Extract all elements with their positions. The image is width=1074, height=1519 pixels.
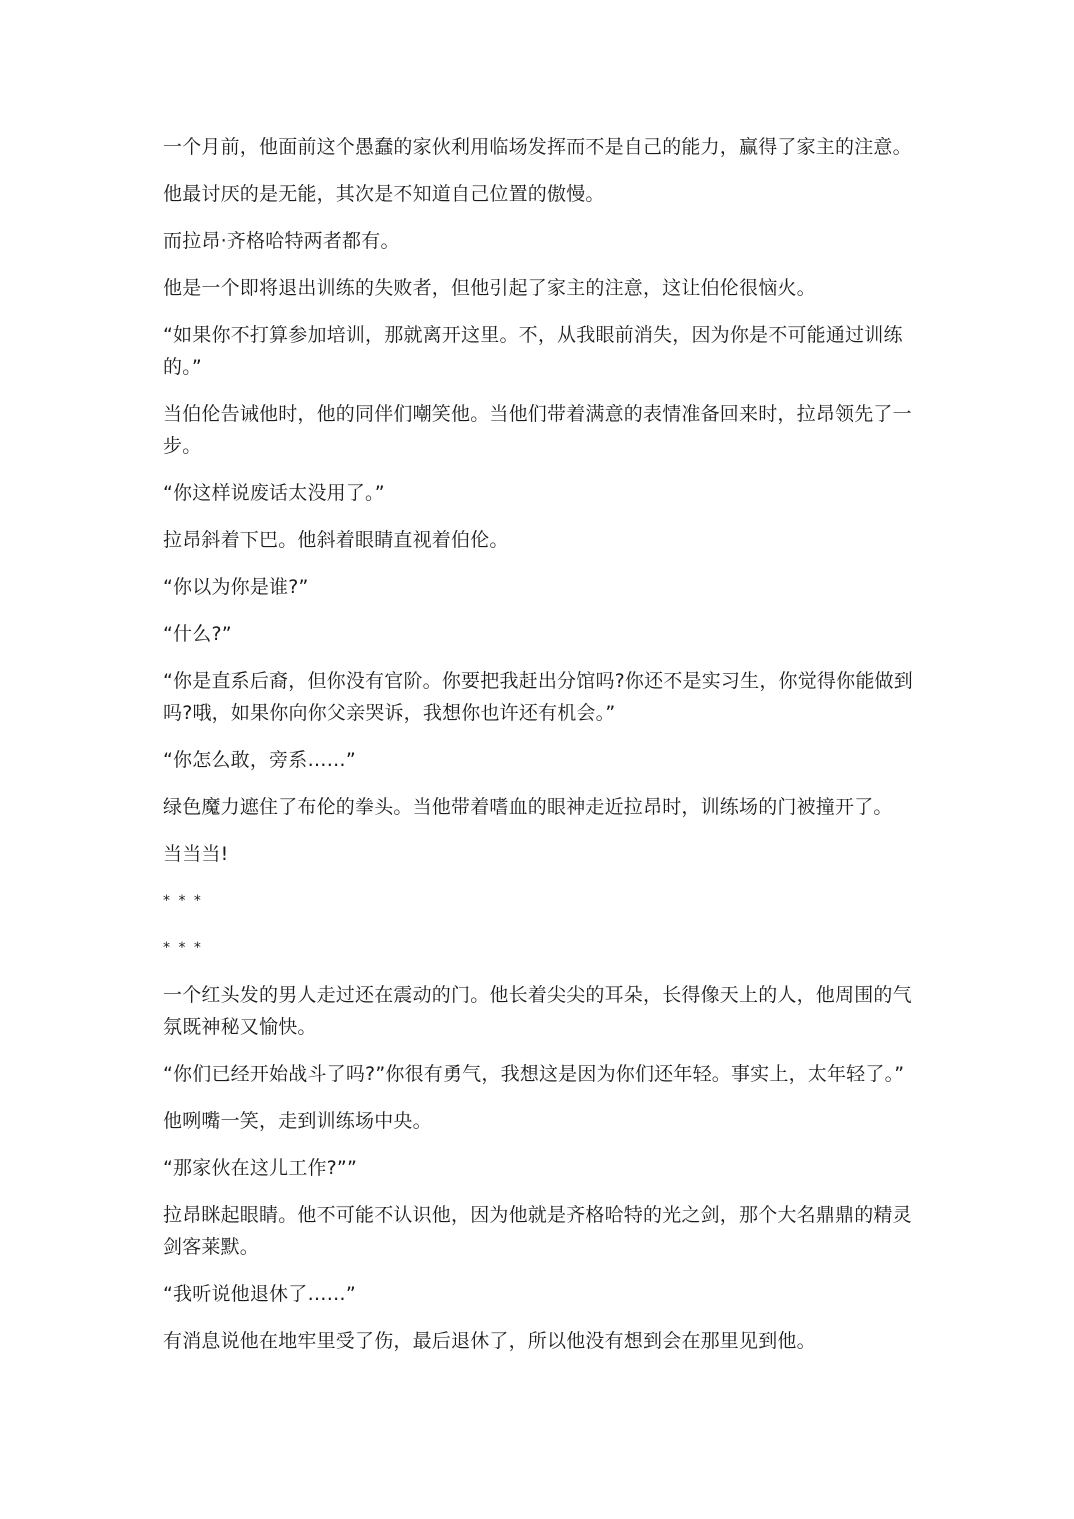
paragraph: 当伯伦告诫他时，他的同伴们嘲笑他。当他们带着满意的表情准备回来时，拉昂领先了一步… (163, 398, 915, 462)
paragraph: 他最讨厌的是无能，其次是不知道自己位置的傲慢。 (163, 178, 915, 210)
paragraph: 而拉昂·齐格哈特两者都有。 (163, 225, 915, 257)
paragraph: “你是直系后裔，但你没有官阶。你要把我赶出分馆吗?你还不是实习生，你觉得你能做到… (163, 665, 915, 729)
paragraph: 当当当! (163, 838, 915, 870)
paragraph: 一个红头发的男人走过还在震动的门。他长着尖尖的耳朵，长得像天上的人，他周围的气氛… (163, 979, 915, 1043)
scene-separator: * * * (163, 932, 915, 964)
scene-separator: * * * (163, 885, 915, 917)
paragraph: 他咧嘴一笑，走到训练场中央。 (163, 1105, 915, 1137)
paragraph: 他是一个即将退出训练的失败者，但他引起了家主的注意，这让伯伦很恼火。 (163, 272, 915, 304)
document-body: 一个月前，他面前这个愚蠢的家伙利用临场发挥而不是自己的能力，赢得了家主的注意。 … (163, 131, 915, 1372)
paragraph: “我听说他退休了……” (163, 1278, 915, 1310)
paragraph: 拉昂眯起眼睛。他不可能不认识他，因为他就是齐格哈特的光之剑，那个大名鼎鼎的精灵剑… (163, 1199, 915, 1263)
paragraph: “什么?” (163, 618, 915, 650)
paragraph: “你以为你是谁?” (163, 571, 915, 603)
paragraph: “你怎么敢，旁系……” (163, 744, 915, 776)
paragraph: 拉昂斜着下巴。他斜着眼睛直视着伯伦。 (163, 524, 915, 556)
paragraph: 绿色魔力遮住了布伦的拳头。当他带着嗜血的眼神走近拉昂时，训练场的门被撞开了。 (163, 791, 915, 823)
paragraph: “你们已经开始战斗了吗?”你很有勇气，我想这是因为你们还年轻。事实上，太年轻了。… (163, 1058, 915, 1090)
paragraph: “如果你不打算参加培训，那就离开这里。不，从我眼前消失，因为你是不可能通过训练的… (163, 319, 915, 383)
paragraph: 一个月前，他面前这个愚蠢的家伙利用临场发挥而不是自己的能力，赢得了家主的注意。 (163, 131, 915, 163)
paragraph: 有消息说他在地牢里受了伤，最后退休了，所以他没有想到会在那里见到他。 (163, 1325, 915, 1357)
paragraph: “你这样说废话太没用了。” (163, 477, 915, 509)
paragraph: “那家伙在这儿工作?”” (163, 1152, 915, 1184)
